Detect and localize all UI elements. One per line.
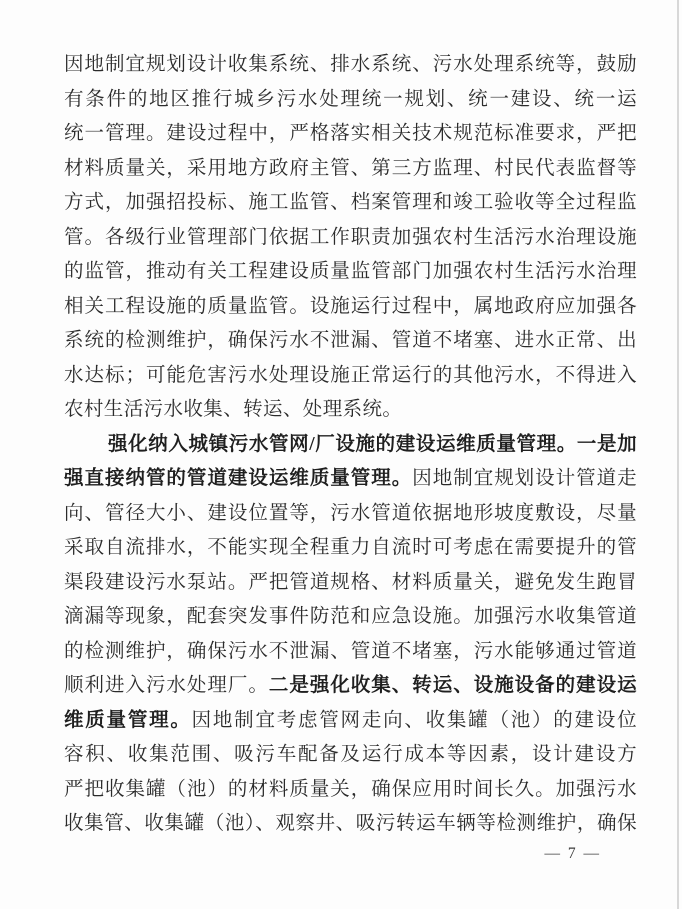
text-segment: 采取自流排水，不能实现全程重力自流时可考虑在需要提升的管: [64, 537, 637, 558]
text-line: 强化纳入城镇污水管网/厂设施的建设运维质量管理。一是加: [64, 428, 637, 463]
text-line: 容积、收集范围、吸污车配备及运行成本等因素，设计建设方案。: [64, 738, 637, 773]
text-line: 方式，加强招投标、施工监管、档案管理和竣工验收等全过程监: [64, 186, 637, 221]
text-segment: 水达标；可能危害污水处理设施正常运行的其他污水，不得进入: [64, 365, 637, 386]
text-segment: 管。各级行业管理部门依据工作职责加强农村生活污水治理设施: [64, 227, 637, 248]
text-line: 统一管理。建设过程中，严格落实相关技术规范标准要求，严把: [64, 117, 637, 152]
text-segment: 方式，加强招投标、施工监管、档案管理和竣工验收等全过程监: [64, 192, 637, 213]
text-line: 强直接纳管的管道建设运维质量管理。因地制宜规划设计管道走: [64, 462, 637, 497]
text-line: 向、管径大小、建设位置等，污水管道依据地形坡度敷设，尽量: [64, 497, 637, 532]
text-line: 的检测维护，确保污水不泄漏、管道不堵塞，污水能够通过管道: [64, 635, 637, 670]
text-segment: 容积、收集范围、吸污车配备及运行成本等因素，设计建设方案。: [64, 744, 637, 773]
text-segment: 顺利进入污水处理厂。: [64, 675, 269, 696]
text-segment: 农村生活污水收集、转运、处理系统。: [64, 399, 402, 420]
text-line: 因地制宜规划设计收集系统、排水系统、污水处理系统等，鼓励: [64, 48, 637, 83]
text-segment: 统一管理。建设过程中，严格落实相关技术规范标准要求，严把: [64, 123, 637, 144]
text-segment: 严把收集罐（池）的材料质量关，确保应用时间长久。加强污水: [64, 779, 637, 800]
text-segment: 相关工程设施的质量监管。设施运行过程中，属地政府应加强各: [64, 296, 637, 317]
text-line: 渠段建设污水泵站。严把管道规格、材料质量关，避免发生跑冒: [64, 566, 637, 601]
text-line: 的监管，推动有关工程建设质量监管部门加强农村生活污水治理: [64, 255, 637, 290]
text-segment: 的检测维护，确保污水不泄漏、管道不堵塞，污水能够通过管道: [64, 641, 637, 662]
text-line: 管。各级行业管理部门依据工作职责加强农村生活污水治理设施: [64, 221, 637, 256]
text-line: 严把收集罐（池）的材料质量关，确保应用时间长久。加强污水: [64, 773, 637, 808]
bold-text-segment: 强直接纳管的管道建设运维质量管理。: [64, 468, 412, 489]
text-segment: 系统的检测维护，确保污水不泄漏、管道不堵塞、进水正常、出: [64, 330, 637, 351]
text-line: 收集管、收集罐（池）、观察井、吸污转运车辆等检测维护，确保: [64, 807, 637, 842]
text-segment: 渠段建设污水泵站。严把管道规格、材料质量关，避免发生跑冒: [64, 572, 637, 593]
text-segment: 向、管径大小、建设位置等，污水管道依据地形坡度敷设，尽量: [64, 503, 637, 524]
text-segment: 材料质量关，采用地方政府主管、第三方监理、村民代表监督等: [64, 158, 637, 179]
text-line: 相关工程设施的质量监管。设施运行过程中，属地政府应加强各: [64, 290, 637, 325]
text-line: 采取自流排水，不能实现全程重力自流时可考虑在需要提升的管: [64, 531, 637, 566]
text-line: 系统的检测维护，确保污水不泄漏、管道不堵塞、进水正常、出: [64, 324, 637, 359]
text-segment: 因地制宜规划设计管道走: [412, 468, 637, 489]
scanned-document-page: 因地制宜规划设计收集系统、排水系统、污水处理系统等，鼓励有条件的地区推行城乡污水…: [0, 0, 682, 909]
page-number: — 7 —: [545, 845, 602, 863]
scan-edge-line: [677, 0, 679, 909]
text-segment: 有条件的地区推行城乡污水处理统一规划、统一建设、统一运行、: [64, 89, 637, 118]
text-line: 滴漏等现象，配套突发事件防范和应急设施。加强污水收集管道: [64, 600, 637, 635]
text-segment: 滴漏等现象，配套突发事件防范和应急设施。加强污水收集管道: [64, 606, 637, 627]
text-segment: 的监管，推动有关工程建设质量监管部门加强农村生活污水治理: [64, 261, 637, 282]
text-line: 水达标；可能危害污水处理设施正常运行的其他污水，不得进入: [64, 359, 637, 394]
text-line: 维质量管理。因地制宜考虑管网走向、收集罐（池）的建设位置、: [64, 704, 637, 739]
document-body-text: 因地制宜规划设计收集系统、排水系统、污水处理系统等，鼓励有条件的地区推行城乡污水…: [64, 48, 637, 842]
bold-text-segment: 强化纳入城镇污水管网/厂设施的建设运维质量管理。一是加: [108, 434, 637, 455]
text-line: 材料质量关，采用地方政府主管、第三方监理、村民代表监督等: [64, 152, 637, 187]
bold-text-segment: 维质量管理。: [64, 710, 192, 731]
text-segment: 因地制宜规划设计收集系统、排水系统、污水处理系统等，鼓励: [64, 54, 637, 75]
text-line: 顺利进入污水处理厂。二是强化收集、转运、设施设备的建设运: [64, 669, 637, 704]
bold-text-segment: 二是强化收集、转运、设施设备的建设运: [269, 675, 637, 696]
text-line: 农村生活污水收集、转运、处理系统。: [64, 393, 637, 428]
text-line: 有条件的地区推行城乡污水处理统一规划、统一建设、统一运行、: [64, 83, 637, 118]
text-segment: 收集管、收集罐（池）、观察井、吸污转运车辆等检测维护，确保: [64, 813, 637, 834]
